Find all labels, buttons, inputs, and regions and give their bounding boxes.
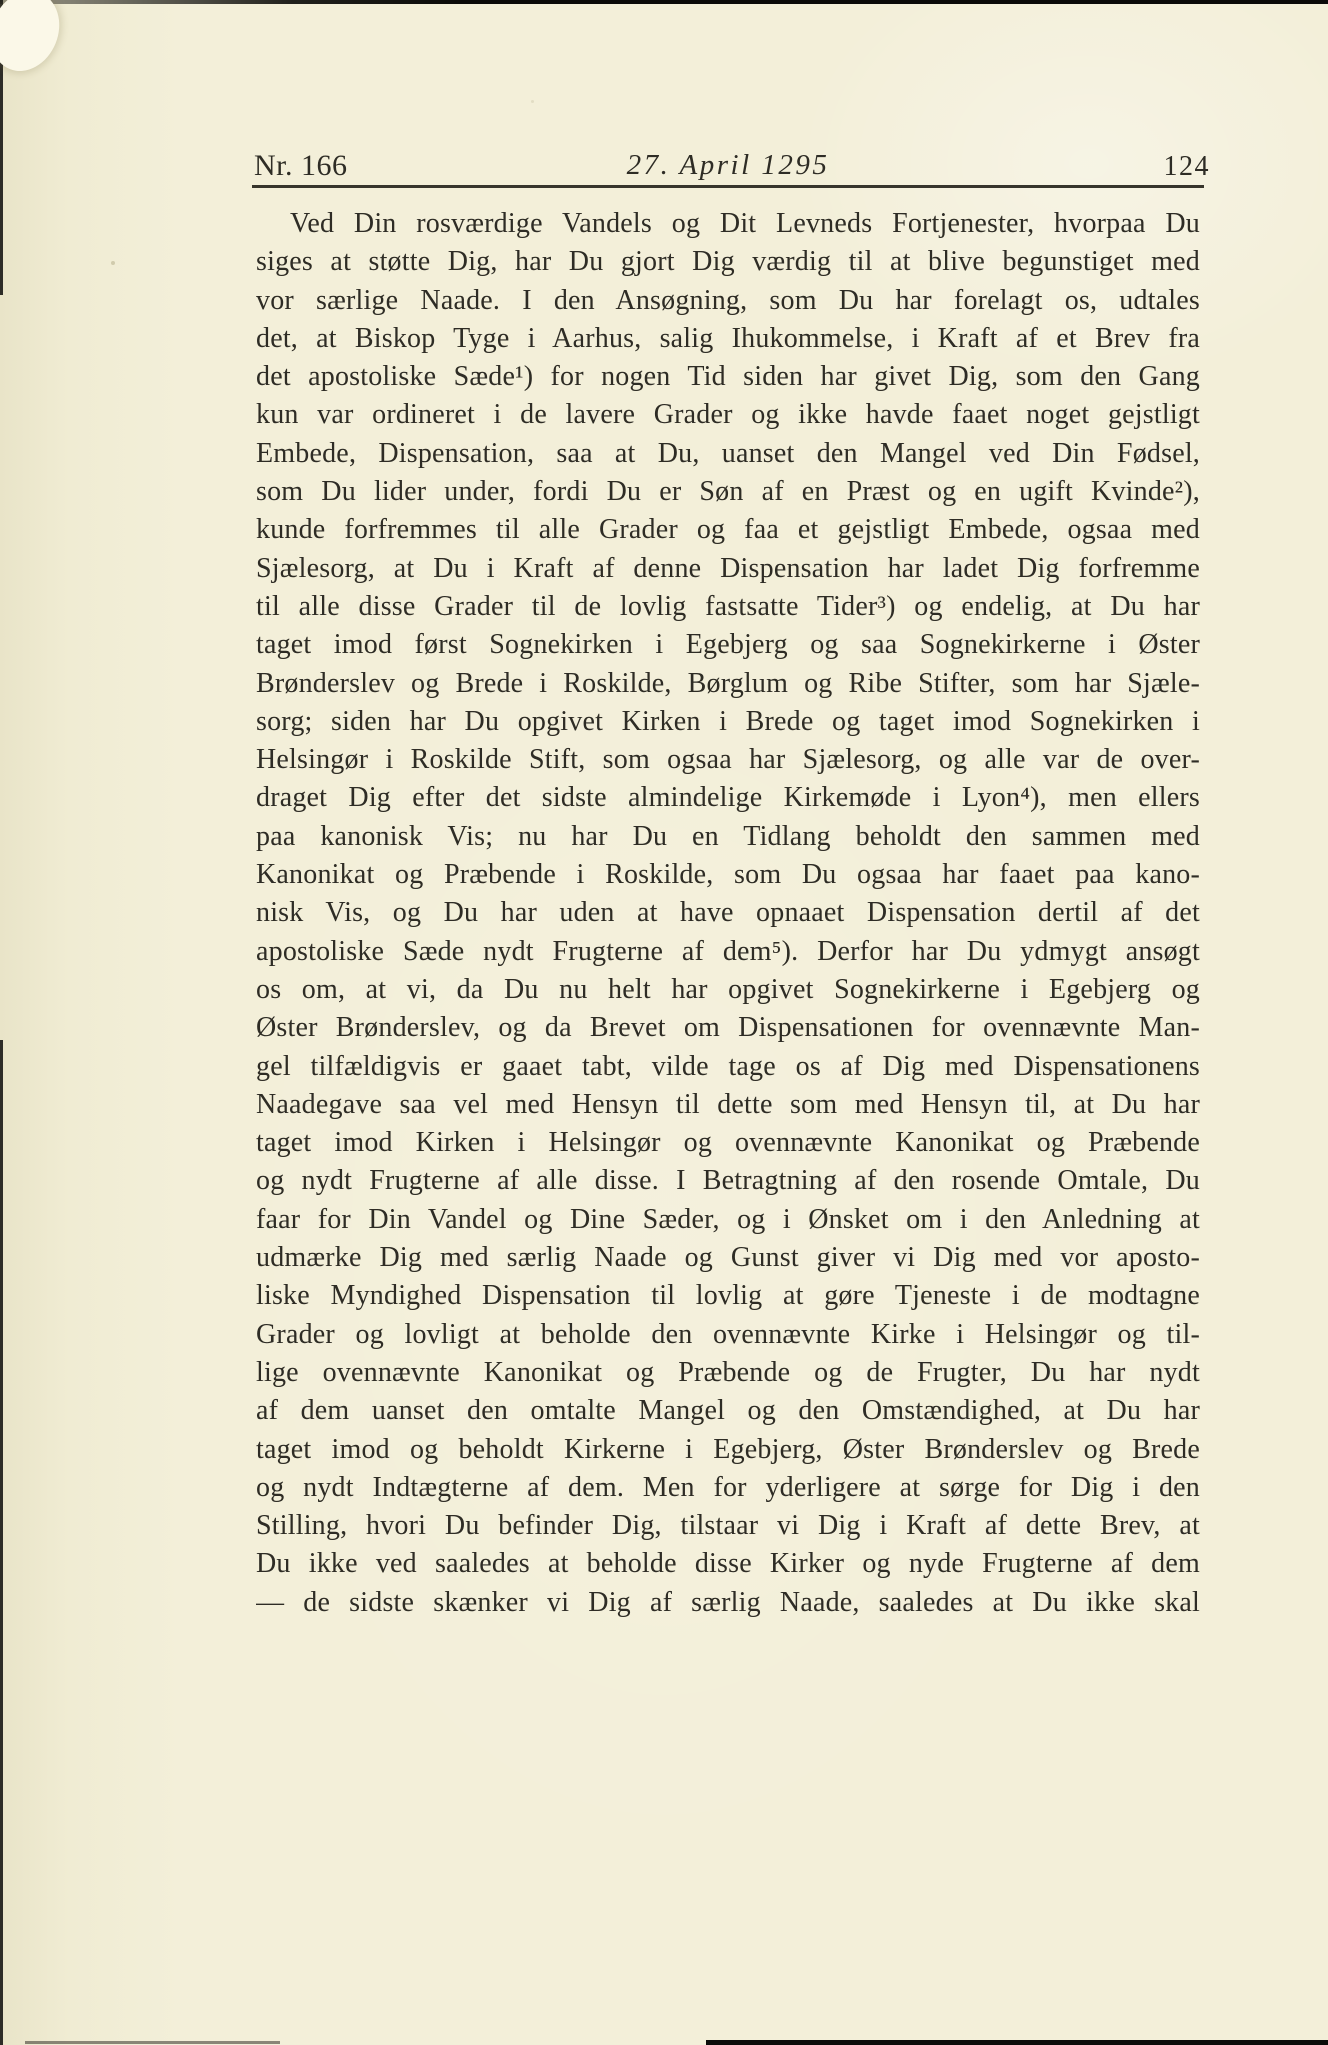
- text-line: — de sidste skænker vi Dig af særlig Naa…: [256, 1584, 1200, 1622]
- text-line: Ved Din rosværdige Vandels og Dit Levned…: [256, 205, 1200, 243]
- page-number: 124: [1164, 151, 1211, 183]
- text-line: og nydt Frugterne af alle disse. I Betra…: [256, 1162, 1200, 1200]
- text-line: kunde forfremmes til alle Grader og faa …: [256, 511, 1200, 549]
- text-line: apostoliske Sæde nydt Frugterne af dem⁵)…: [256, 933, 1200, 971]
- page-curl-highlight: [0, 0, 71, 81]
- text-line: kun var ordineret i de lavere Grader og …: [256, 396, 1200, 434]
- text-line: taget imod Kirken i Helsingør og ovennæv…: [256, 1124, 1200, 1162]
- scan-edge-bottom-left: [25, 2041, 280, 2044]
- text-line: det, at Biskop Tyge i Aarhus, salig Ihuk…: [256, 320, 1200, 358]
- text-line: Grader og lovligt at beholde den ovennæv…: [256, 1316, 1200, 1354]
- text-line: det apostoliske Sæde¹) for nogen Tid sid…: [256, 358, 1200, 396]
- page-header: Nr. 166 27. April 1295 124: [252, 143, 1204, 183]
- text-line: Brønderslev og Brede i Roskilde, Børglum…: [256, 665, 1200, 703]
- text-line: og nydt Indtægterne af dem. Men for yder…: [256, 1469, 1200, 1507]
- text-line: gel tilfældigvis er gaaet tabt, vilde ta…: [256, 1048, 1200, 1086]
- text-line: siges at støtte Dig, har Du gjort Dig væ…: [256, 243, 1200, 281]
- text-line: Kanonikat og Præbende i Roskilde, som Du…: [256, 856, 1200, 894]
- text-line: os om, at vi, da Du nu helt har opgivet …: [256, 971, 1200, 1009]
- text-line: Naadegave saa vel med Hensyn til dette s…: [256, 1086, 1200, 1124]
- text-line: vor særlige Naade. I den Ansøgning, som …: [256, 282, 1200, 320]
- paper-speck: [531, 100, 534, 103]
- text-line: nisk Vis, og Du har uden at have opnaaet…: [256, 894, 1200, 932]
- scanned-book-page: Nr. 166 27. April 1295 124 Ved Din rosvæ…: [0, 0, 1328, 2045]
- text-line: taget imod og beholdt Kirkerne i Egebjer…: [256, 1431, 1200, 1469]
- text-line: taget imod først Sognekirken i Egebjerg …: [256, 626, 1200, 664]
- text-line: af dem uanset den omtalte Mangel og den …: [256, 1392, 1200, 1430]
- text-line: draget Dig efter det sidste almindelige …: [256, 779, 1200, 817]
- text-line: Helsingør i Roskilde Stift, som ogsaa ha…: [256, 741, 1200, 779]
- body-text: Ved Din rosværdige Vandels og Dit Levned…: [256, 205, 1200, 1622]
- text-line: sorg; siden har Du opgivet Kirken i Bred…: [256, 703, 1200, 741]
- entry-number: Nr. 166: [254, 149, 348, 183]
- paper-speck: [111, 261, 115, 265]
- header-rule: [252, 185, 1204, 188]
- scan-edge-left-lower: [0, 1040, 3, 2045]
- header-date: 27. April 1295: [627, 149, 830, 182]
- text-line: Embede, Dispensation, saa at Du, uanset …: [256, 435, 1200, 473]
- text-line: lige ovennævnte Kanonikat og Præbende og…: [256, 1354, 1200, 1392]
- text-line: til alle disse Grader til de lovlig fast…: [256, 588, 1200, 626]
- text-line: udmærke Dig med særlig Naade og Gunst gi…: [256, 1239, 1200, 1277]
- text-line: som Du lider under, fordi Du er Søn af e…: [256, 473, 1200, 511]
- text-line: Du ikke ved saaledes at beholde disse Ki…: [256, 1545, 1200, 1583]
- scan-edge-bottom-right: [706, 2040, 1328, 2045]
- text-line: liske Myndighed Dispensation til lovlig …: [256, 1277, 1200, 1315]
- scan-edge-top: [0, 0, 1328, 4]
- text-line: Øster Brønderslev, og da Brevet om Dispe…: [256, 1009, 1200, 1047]
- text-line: faar for Din Vandel og Dine Sæder, og i …: [256, 1201, 1200, 1239]
- text-line: paa kanonisk Vis; nu har Du en Tidlang b…: [256, 818, 1200, 856]
- text-line: Sjælesorg, at Du i Kraft af denne Dispen…: [256, 550, 1200, 588]
- text-line: Stilling, hvori Du befinder Dig, tilstaa…: [256, 1507, 1200, 1545]
